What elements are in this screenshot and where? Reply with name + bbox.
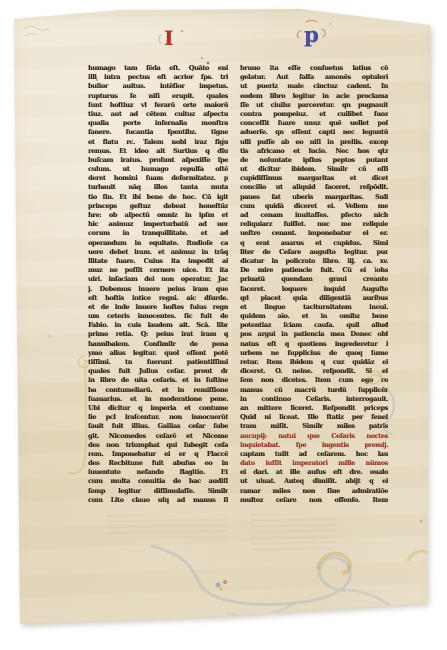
text-line: princeps geſtuz debeat honeſtūz [88, 202, 228, 211]
text-line: et de inde inuere hoſtes ſuius regn [88, 303, 228, 312]
text-line: diceret. O. neine. reſpondit. Si eſ [240, 367, 388, 376]
text-line: uere debet iram. et animuz in trāq [88, 248, 228, 257]
showthrough-text-right [250, 514, 336, 552]
text-line: ſauit fuit illius. Gallias ceſar ſube [88, 422, 228, 431]
text-line: tiſſimi. tn fuerunt patientiſſimi [88, 358, 228, 367]
text-line: manus cū macrū turdū ſupplicēr [240, 386, 388, 395]
running-header-letter-left: I [164, 28, 173, 48]
text-line: inquietabat. ſpe ingentis premij. [240, 441, 388, 450]
text-line: ut uiuat. Auteq dimiſit. abijt q ei [240, 477, 388, 486]
text-line: de noluntate ipſius peptos putant [240, 156, 388, 165]
text-line: ſemp legitur diſſimulaſſe. Similr [88, 487, 228, 496]
text-line: tram miſit. Similr miles patris [240, 422, 388, 431]
text-line: et lingue taciturnitatem inoui. [240, 303, 388, 312]
text-line: gelatur. Aut falſa amonēs optulerī [240, 73, 388, 82]
text-line: ſem non dicetes. Item cum ego ro [240, 376, 388, 385]
text-line: faceret. loquere inquid Auguſte [240, 285, 388, 294]
text-line: contra pompeiuz. et cuilibet ſuoz [240, 110, 388, 119]
text-line: pos argui in patiencia mea Donec obſ [240, 330, 388, 339]
text-line: natus eſt q quotiens ingrederetur i [240, 340, 388, 349]
header-flourish-blue-icon [159, 35, 161, 43]
text-line: corum in tranquillitate. et ad [88, 229, 228, 238]
text-line: ut dicitur ibidem. Similr cū eſſi [240, 165, 388, 174]
text-line: primo retia. Q: peius irat iram q [88, 330, 228, 339]
text-line: liter de Ceſare auguſto legitur. pur [240, 248, 388, 257]
text-line: dicatur in policrato libro. iij. ca. xv. [240, 257, 388, 266]
text-line: ymo alius legitur. quol eſſent potē [88, 349, 228, 358]
text-line: ad cenam inuitaſſes. pfecto nich [240, 211, 388, 220]
text-line: fanere. ſucantia ſpentibz. tigne [88, 128, 228, 137]
text-line: um ceteris innocentes. ſic fuit de [88, 312, 228, 321]
text-line: dato iuſſit imperatori mille nūmos [240, 459, 388, 468]
text-line: in libro de uita ceſaris. et in ſuſtine [88, 376, 228, 385]
text-line: an mittere liceret. Reſpondit prīceps [240, 404, 388, 413]
text-line: rupturus ſe niſi erupit. quales [88, 92, 228, 101]
text-line: operandum in equitate. ſtudioſe ca [88, 239, 228, 248]
text-line: bruuo ita eſſe conſuetus latius cō [240, 64, 388, 73]
text-line: ueſtre cenant. imponebatur ei er. [240, 229, 388, 238]
text-line: llitate ſuare. Cuius ita impedit ai [88, 257, 228, 266]
text-line: conceſſit ſuare unuz quē uellet poſ [240, 119, 388, 128]
text-line: uiri. inſaciam dei non operatur. Jac [88, 275, 228, 284]
text-line: lie pcl iraſcentur. non innocuerūt [88, 413, 228, 422]
text-line: ſunt hoſtiuz vl ferarū orte maiorū [88, 101, 228, 110]
text-line: tio ſin. Et ibi bene de hoc. Cū igit [88, 193, 228, 202]
text-line: De mire patiencie fuit. Cū ei iohs [240, 266, 388, 275]
parchment-leaf: I p humago tam fēda eſt. Quāto eniilli i… [0, 0, 447, 650]
text-line: cum Lito clauo uſq ad manus ſi [88, 496, 228, 505]
text-line: Fabio. in cuis laudem ait. Scā. libr [88, 321, 228, 330]
text-line: turbauit nāq illos tanta muta [88, 183, 228, 192]
text-line: eodem libro legitur in acie proclama [240, 92, 388, 101]
pencil-annotation [24, 26, 49, 36]
text-line: hannibalem. Conſimilr de pena [88, 340, 228, 349]
text-line: aucupij: natui que Ceſaris noctes [240, 432, 388, 441]
text-line: tiuz. aut ad cētem cuituz aſpectu [88, 110, 228, 119]
text-line: muz ne poſſit cernere uice. Et ita [88, 266, 228, 275]
text-line: remus. Et ideo ait Surtius q diu [88, 147, 228, 156]
text-line: Ubi dicitur q imperia et contume [88, 404, 228, 413]
text-line: cum multa conuitia de hac audiſſ [88, 477, 228, 486]
text-line: iuuentute nefando flagitio. Et [88, 468, 228, 477]
text-line: q erat auarus et cupidus. Simi [240, 239, 388, 248]
text-line: concilio ut aliquid faceret. reſpōdit. [240, 183, 388, 192]
text-line: hre: ob aſpectū omniz in ipſm et [88, 211, 228, 220]
text-line: aduerſe. qn eſſent capti nec leguntū [240, 128, 388, 137]
text-column-left: humago tam fēda eſt. Quāto eniilli intra… [88, 64, 228, 505]
text-line: qualia porte infernalia monſtra [88, 119, 228, 128]
text-line: git. Nicomedes ceſarē et Nicome [88, 432, 228, 441]
text-line: Quid ni liceat. Ille ſtatiz per feneſ [240, 413, 388, 422]
manuscript-photo: I p humago tam fēda eſt. Quāto eniilli i… [0, 0, 447, 650]
text-line: ba contumeliarū. et in remiſſione [88, 386, 228, 395]
text-line: ſſe ut ciuibz parceretur. qn pugnauit [240, 101, 388, 110]
text-line: hic animuz imperturbatū ad uer [88, 220, 228, 229]
text-line: illi intra pectus eſt acrior ſps. tri [88, 73, 228, 82]
text-line: ramar miles non ſine admiratiōe [240, 487, 388, 496]
text-line: buſcam iratus. proſunt aſpexiſſe ſpe [88, 156, 228, 165]
text-line: culum. ut humago repulſa oſtē [88, 165, 228, 174]
text-line: quidem aīo. et in omibz bene [240, 312, 388, 321]
text-line: rem. Imponebatur ei er q Flaccē [88, 450, 228, 459]
text-line: humago tam fēda eſt. Quāto eni [88, 64, 228, 73]
text-line: des Recbitune fuit abuſus eo in [88, 459, 228, 468]
text-line: priuatū quendam graui creante [240, 275, 388, 284]
text-line: cupidiſſimus margaritas et dicet [240, 174, 388, 183]
running-header-letter-right: p [304, 24, 319, 45]
text-line: et flatu rc. Talem nobl iraz figu [88, 138, 228, 147]
text-line: paues ſat uberis margaritas. Suli [240, 193, 388, 202]
parchment-leaf-shadow: I p humago tam fēda eſt. Quāto eniilli i… [0, 0, 447, 650]
text-line: ſuauarius. et in moderatione pene. [88, 395, 228, 404]
text-line: cum quidā diceret ei. Vellem me [240, 202, 388, 211]
text-line: des non triumphat qui ſubegit ceſa [88, 441, 228, 450]
text-line: qd placet quia diligentiā auribus [240, 294, 388, 303]
text-line: in continuo Ceſaris. interrogauit. [240, 395, 388, 404]
text-line: tis africano et lucio. Nec hos qtz [240, 147, 388, 156]
text-line: bulior auitus. intēſior impetus. [88, 82, 228, 91]
text-line: eſt hoſtis intice regni. aic dſurde. [88, 294, 228, 303]
foxing-specks [0, 0, 2, 2]
text-line: multoz ceſare non offenſo. Item [240, 496, 388, 505]
text-line: captam tulit ad ceſarem. hoc lau [240, 450, 388, 459]
text-line: reliquiarz fuiſſet. nuc me reliquie [240, 220, 388, 229]
text-line: potentiaz ſciam cauſa. quil aliud [240, 321, 388, 330]
text-line: ut pueriz male cinctuz cadent. In [240, 82, 388, 91]
text-line: retur. Item ibidem q cuz quidāz ei [240, 358, 388, 367]
text-line: urbem ne ſupplicius de quoq ſume [240, 349, 388, 358]
text-column-right: bruuo ita eſſe conſuetus latius cōgelatu… [240, 64, 388, 505]
showthrough-text-left [106, 515, 228, 538]
text-line: ei dari. at ille auſus eſt dre. oualo [240, 468, 388, 477]
marginal-flourish-left [68, 356, 89, 474]
text-line: quales fuit Julius ceſar. prout dr [88, 367, 228, 376]
text-line: j. Debemus inuere peius iram que [88, 285, 228, 294]
bottom-showthrough-swirl [152, 546, 430, 642]
text-line: ulli puſſe ab eo niſi in preliis. excep [240, 138, 388, 147]
text-line: deret homini ſuam deformitatez. p [88, 174, 228, 183]
